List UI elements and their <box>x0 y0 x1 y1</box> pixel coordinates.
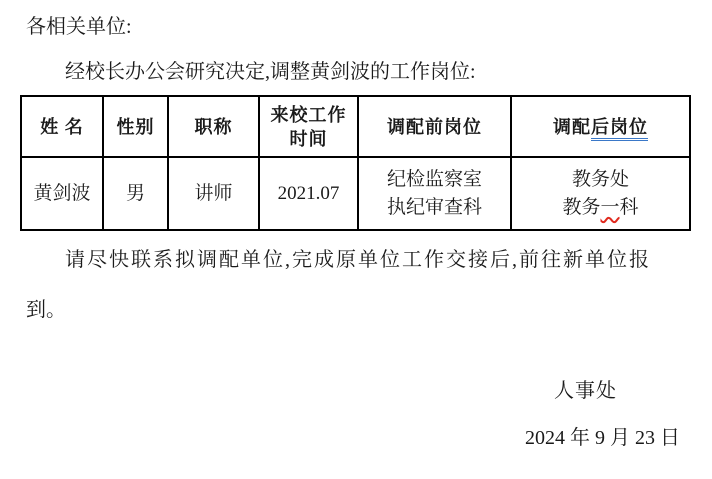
header-name: 姓 名 <box>21 96 103 157</box>
header-after-prefix: 调配 <box>553 117 591 137</box>
transfer-table: 姓 名 性别 职称 来校工作 时间 调配前岗位 调配后岗位 黄剑波 男 讲师 2… <box>20 95 691 231</box>
intro-paragraph: 经校长办公会研究决定,调整黄剑波的工作岗位: <box>65 55 476 84</box>
after-position-line2: 教务一科 <box>512 194 689 222</box>
closing-paragraph-line2: 到。 <box>26 293 66 322</box>
header-after-grammar-underlined: 后岗位 <box>591 117 648 141</box>
header-before-position: 调配前岗位 <box>358 96 511 157</box>
header-gender: 性别 <box>103 96 168 157</box>
after-position-line1: 教务处 <box>512 166 689 194</box>
table-header-row: 姓 名 性别 职称 来校工作 时间 调配前岗位 调配后岗位 <box>21 96 690 157</box>
cell-after-position: 教务处 教务一科 <box>511 157 690 230</box>
spellcheck-marked-char: 一 <box>600 197 619 218</box>
salutation-text: 各相关单位: <box>26 10 132 39</box>
closing-paragraph-line1: 请尽快联系拟调配单位,完成原单位工作交接后,前往新单位报 <box>65 243 651 272</box>
header-job-title: 职称 <box>168 96 259 157</box>
document-date: 2024 年 9 月 23 日 <box>525 421 680 450</box>
document-page: 各相关单位: 经校长办公会研究决定,调整黄剑波的工作岗位: 姓 名 性别 职称 … <box>0 0 712 479</box>
after-line2-prefix: 教务 <box>562 197 600 218</box>
cell-gender: 男 <box>103 157 168 230</box>
signature-department: 人事处 <box>554 374 617 403</box>
cell-start-time: 2021.07 <box>259 157 358 230</box>
cell-before-position: 纪检监察室 执纪审查科 <box>358 157 511 230</box>
header-start-time: 来校工作 时间 <box>259 96 358 157</box>
table-data-row: 黄剑波 男 讲师 2021.07 纪检监察室 执纪审查科 教务处 教务一科 <box>21 157 690 230</box>
header-after-position: 调配后岗位 <box>511 96 690 157</box>
after-line2-suffix: 科 <box>620 197 639 218</box>
cell-job-title: 讲师 <box>168 157 259 230</box>
cell-name: 黄剑波 <box>21 157 103 230</box>
